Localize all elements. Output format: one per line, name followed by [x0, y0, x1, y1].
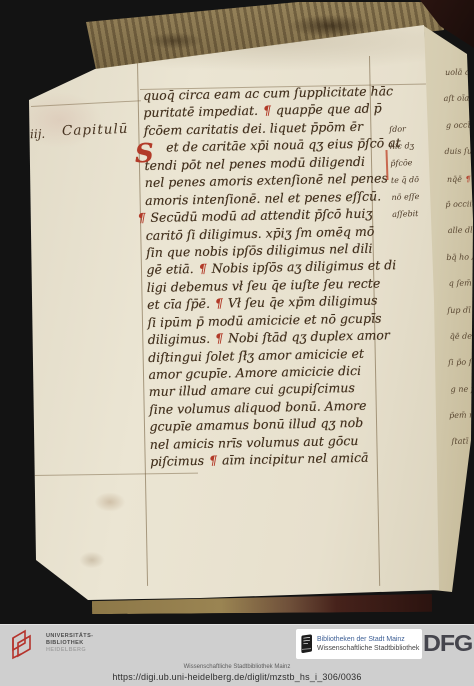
screenshot-root: uolā ameaſt oīa ug occī natduis ſupnq̄ē … [0, 0, 474, 686]
mainz-line2: Wissenschaftliche Stadtbibliothek [317, 644, 419, 653]
fore-edge-text-line: aſt oīa u [443, 94, 474, 121]
dfg-logo: DFG [423, 630, 472, 657]
heidelberg-logo-line3: HEIDELBERG [46, 647, 93, 654]
paragraph-mark: ¶ [262, 103, 272, 118]
heidelberg-logo-text: UNIVERSITÄTS- BIBLIOTHEK HEIDELBERG [46, 628, 93, 654]
ruling-horizontal-margin [31, 100, 141, 107]
chapter-label: Capitulū [62, 121, 129, 139]
gloss-line: te q̄ dō [391, 175, 434, 193]
manuscript-text-block: quoq̄ circa eam ac cum ſupplicitate hācp… [143, 83, 392, 471]
fore-edge-text-line: g ne ſup [451, 384, 474, 411]
paragraph-mark: ¶ [208, 453, 218, 468]
mainz-library-badge: Bibliotheken der Stadt Mainz Wissenschaf… [296, 629, 422, 659]
fore-edge-text-line: ſtatī hie [451, 437, 474, 464]
paragraph-mark: ¶ [136, 210, 146, 225]
fore-edge-text-line: q̄ē deu ne [450, 331, 474, 358]
gloss-line: aſſebit [392, 208, 435, 226]
fore-edge-text-line: p̄em̄ noʒ [449, 410, 474, 437]
fore-edge-text-line: nq̄ē ¶ p̄ua [447, 173, 474, 200]
gloss-line: nō eſſe [391, 191, 434, 209]
heidelberg-logo: UNIVERSITÄTS- BIBLIOTHEK HEIDELBERG [10, 628, 93, 662]
paragraph-mark: ¶ [214, 296, 224, 311]
fore-edge-text-line: alle dluo [448, 226, 474, 253]
fore-edge-text-line: duis ſup [444, 147, 474, 174]
ruling-horizontal-bottom [30, 473, 198, 476]
gloss-line: p̄fcōe [390, 158, 433, 176]
margin-gloss: ſdorhic dʒp̄fcōete q̄ dōnō eſſeaſſebit [389, 124, 435, 227]
manuscript-text-line: piſcimus ¶ aīm incipitur nel amicā [150, 449, 392, 471]
paragraph-mark: ¶ [198, 261, 208, 276]
fore-edge-text-line: bq̄ ho A w [446, 252, 474, 279]
branding-footer: UNIVERSITÄTS- BIBLIOTHEK HEIDELBERG Bibl… [0, 624, 474, 686]
fore-edge-text-line: ſi p̄o ſta [448, 358, 474, 385]
fore-edge-text-line: g occī nat [446, 120, 474, 147]
gloss-line: ſdor [389, 124, 432, 142]
caption: Wissenschaftliche Stadtbibliothek Mainz [0, 664, 474, 670]
paragraph-mark: ¶ [214, 331, 224, 346]
fore-edge-text-line: uolā ame [445, 67, 474, 94]
heidelberg-logo-line1: UNIVERSITÄTS- [46, 633, 93, 640]
fore-edge-text-line: q ſem̄ uol [449, 278, 474, 305]
manuscript-page: iij. Capitulū S quoq̄ circa eam ac cum ſ… [0, 0, 474, 686]
chapter-number: iij. [30, 127, 46, 142]
mainz-badge-text: Bibliotheken der Stadt Mainz Wissenschaf… [317, 635, 419, 653]
heidelberg-logo-icon [10, 628, 37, 662]
rubricated-initial: S [134, 139, 154, 170]
next-page-text: uolā ameaſt oīa ug occī natduis ſupnq̄ē … [443, 67, 474, 463]
heidelberg-logo-line2: BIBLIOTHEK [46, 640, 93, 647]
source-url: https://digi.ub.uni-heidelberg.de/diglit… [0, 672, 474, 682]
book-icon [300, 634, 313, 654]
gloss-red-mark [385, 150, 388, 180]
fore-edge-text-line: ſup dī me [447, 305, 474, 332]
fore-edge-text-line: p̄ occiie et q [445, 199, 474, 226]
mainz-line1: Bibliotheken der Stadt Mainz [317, 635, 419, 644]
gloss-line: hic dʒ [390, 141, 433, 159]
